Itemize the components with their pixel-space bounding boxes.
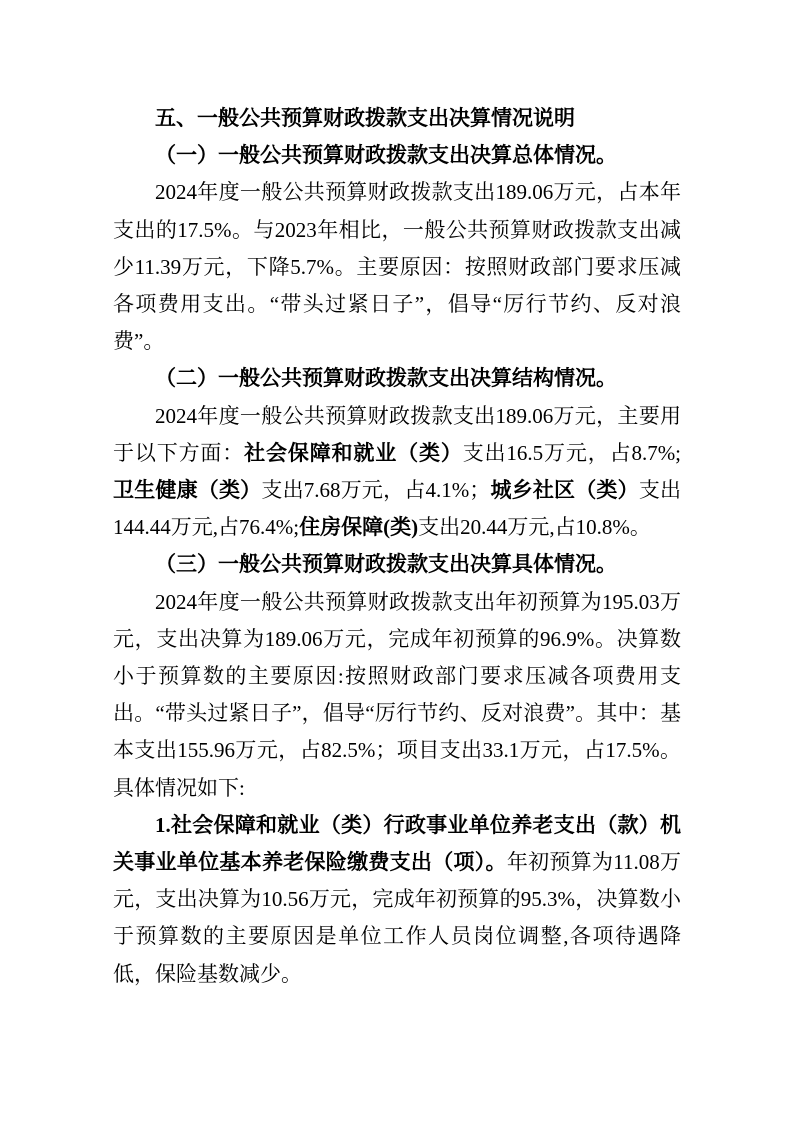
subsection-heading-overall: （一）一般公共预算财政拨款支出决算总体情况。 xyxy=(113,137,681,174)
subsection-heading-specific: （三）一般公共预算财政拨款支出决算具体情况。 xyxy=(113,546,681,583)
text-run-bold-urban-rural: 城乡社区（类） xyxy=(490,478,639,502)
paragraph-structure-situation: 2024年度一般公共预算财政拨款支出189.06万元，主要用于以下方面：社会保障… xyxy=(113,398,681,547)
text-run: 支出7.68万元，占4.1%； xyxy=(261,478,490,502)
document-content: 五、一般公共预算财政拨款支出决算情况说明 （一）一般公共预算财政拨款支出决算总体… xyxy=(0,0,794,993)
text-run-bold-health: 卫生健康（类） xyxy=(113,478,261,502)
subsection-heading-structure: （二）一般公共预算财政拨款支出决算结构情况。 xyxy=(113,360,681,397)
section-heading-main: 五、一般公共预算财政拨款支出决算情况说明 xyxy=(113,100,681,137)
paragraph-overall-situation: 2024年度一般公共预算财政拨款支出189.06万元，占本年支出的17.5%。与… xyxy=(113,174,681,360)
text-run: 支出16.5万元，占8.7%; xyxy=(463,441,681,465)
text-run-bold-social-security: 社会保障和就业（类） xyxy=(244,441,463,465)
text-run-bold-housing: 住房保障(类) xyxy=(299,515,418,539)
text-run: 支出20.44万元,占10.8%。 xyxy=(418,515,651,539)
paragraph-specific-situation: 2024年度一般公共预算财政拨款支出年初预算为195.03万元，支出决算为189… xyxy=(113,584,681,807)
paragraph-item-1-pension: 1.社会保障和就业（类）行政事业单位养老支出（款）机关事业单位基本养老保险缴费支… xyxy=(113,807,681,993)
document-page: 五、一般公共预算财政拨款支出决算情况说明 （一）一般公共预算财政拨款支出决算总体… xyxy=(0,0,794,1122)
